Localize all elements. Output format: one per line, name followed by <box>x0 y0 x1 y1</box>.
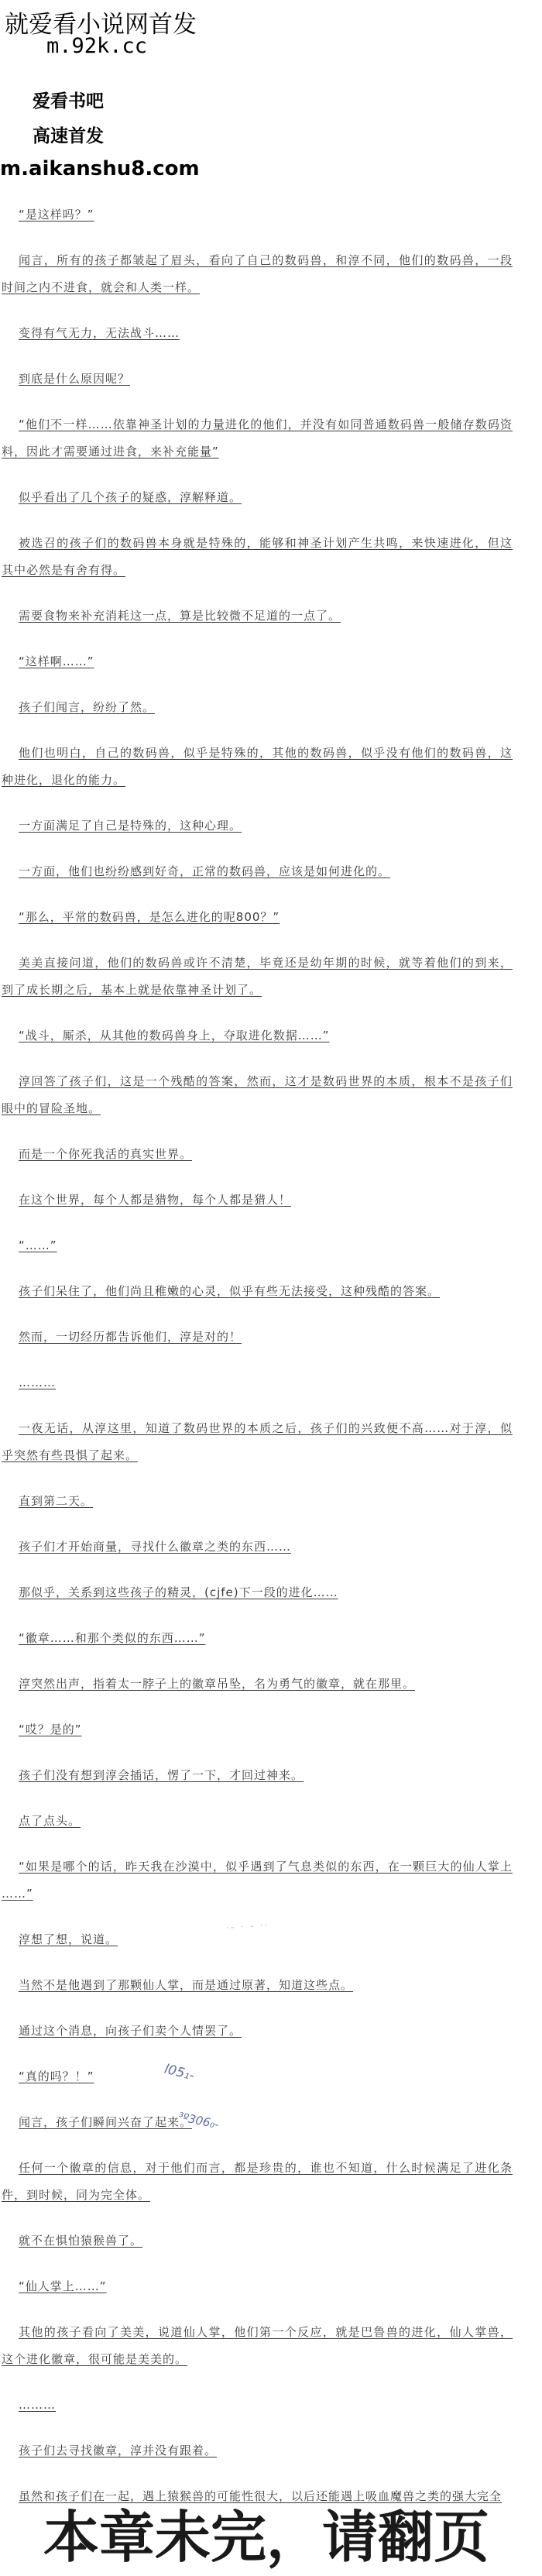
paragraph: 一方面满足了自己是特殊的，这种心理。 <box>2 812 513 840</box>
paragraph: 通过这个消息，向孩子们卖个人情罢了。 <box>2 2018 513 2045</box>
page-turn-notice: 本章未完，请翻页 <box>43 2508 489 2567</box>
paragraph: “徽章……和那个类似的东西……” <box>2 1625 513 1652</box>
paragraph: 孩子们呆住了，他们尚且稚嫩的心灵，似乎有些无法接受，这种残酷的答案。 <box>2 1278 513 1305</box>
paragraph: 孩子们闻言，纷纷了然。 <box>2 694 513 721</box>
paragraph: 淳回答了孩子们，这是一个残酷的答案，然而，这才是数码世界的本质，根本不是孩子们眼… <box>2 1068 513 1122</box>
paragraph: 孩子们才开始商量，寻找什么徽章之类的东西…… <box>2 1534 513 1561</box>
paragraph: “是这样吗？” <box>2 201 513 228</box>
paragraph: ……… <box>2 1369 513 1396</box>
paragraph: 点了点头。 <box>2 1808 513 1835</box>
novel-reader-page: 就爱看小说网首发 m.92k.cc 爱看书吧 高速首发 m.aikanshu8.… <box>0 0 542 2576</box>
paragraph: “那么，平常的数码兽，是怎么进化的呢800？” <box>2 904 513 931</box>
paragraph: “真的吗？！” <box>2 2063 513 2090</box>
paragraph: “……” <box>2 1232 513 1259</box>
paragraph: 孩子们没有想到淳会插话，愣了一下，才回过神来。 <box>2 1762 513 1789</box>
paragraph: 闻言，孩子们瞬间兴奋了起来。 <box>2 2109 513 2136</box>
paragraph: 而是一个你死我活的真实世界。 <box>2 1141 513 1168</box>
paragraph: 被选召的孩子们的数码兽本身就是特殊的，能够和神圣计划产生共鸣，来快速进化，但这其… <box>2 530 513 584</box>
novel-body: “是这样吗？”闻言，所有的孩子都皱起了眉头，看向了自己的数码兽，和淳不同，他们的… <box>2 201 513 2529</box>
paragraph: 淳突然出声，指着太一脖子上的徽章吊坠，名为勇气的徽章，就在那里。 <box>2 1671 513 1698</box>
paragraph: 一夜无话，从淳这里，知道了数码世界的本质之后，孩子们的兴致便不高……对于淳，似乎… <box>2 1415 513 1469</box>
watermark-site-url: m.92k.cc <box>46 34 147 58</box>
paragraph: 在这个世界，每个人都是猎物，每个人都是猎人！ <box>2 1187 513 1214</box>
paragraph: “仙人掌上……” <box>2 2273 513 2300</box>
paragraph: “这样啊……” <box>2 648 513 675</box>
site-url: m.aikanshu8.com <box>0 157 200 180</box>
paragraph: 美美直接问道，他们的数码兽或许不清楚，毕竟还是幼年期的时候，就等着他们的到来，到… <box>2 950 513 1004</box>
paragraph: 然而，一切经历都告诉他们，淳是对的！ <box>2 1324 513 1351</box>
paragraph: 当然不是他遇到了那颗仙人掌，而是通过原著，知道这些点。 <box>2 1972 513 1999</box>
paragraph: “如果是哪个的话，昨天我在沙漠中，似乎遇到了气息类似的东西，在一颗巨大的仙人掌上… <box>2 1853 513 1908</box>
paragraph: 就不在惧怕猿猴兽了。 <box>2 2227 513 2255</box>
paragraph: 直到第二天。 <box>2 1488 513 1515</box>
paragraph: 任何一个徽章的信息，对于他们而言，都是珍贵的，谁也不知道，什么时候满足了进化条件… <box>2 2155 513 2209</box>
paragraph: 其他的孩子看向了美美，说道仙人掌，他们第一个反应，就是巴鲁兽的进化，仙人掌兽，这… <box>2 2319 513 2373</box>
paragraph: 似乎看出了几个孩子的疑惑，淳解释道。 <box>2 484 513 511</box>
paragraph: 需要食物来补充消耗这一点，算是比较微不足道的一点了。 <box>2 603 513 630</box>
paragraph: 淳想了想，说道。 <box>2 1926 513 1953</box>
site-tagline: 高速首发 <box>33 122 104 147</box>
paragraph: 孩子们去寻找徽章，淳并没有跟着。 <box>2 2437 513 2464</box>
paragraph: “战斗，厮杀，从其他的数码兽身上，夺取进化数据……” <box>2 1022 513 1049</box>
paragraph: “哎？是的” <box>2 1716 513 1743</box>
paragraph: “他们不一样……依靠神圣计划的力量进化的他们，并没有如同普通数码兽一般储存数码资… <box>2 411 513 465</box>
paragraph: 一方面，他们也纷纷感到好奇，正常的数码兽，应该是如何进化的。 <box>2 858 513 885</box>
paragraph: 他们也明白，自己的数码兽，似乎是特殊的，其他的数码兽，似乎没有他们的数码兽，这种… <box>2 740 513 794</box>
site-name: 爱看书吧 <box>33 87 104 112</box>
paragraph: 闻言，所有的孩子都皱起了眉头，看向了自己的数码兽，和淳不同，他们的数码兽，一段时… <box>2 247 513 301</box>
paragraph: 那似乎，关系到这些孩子的精灵，(cjfe)下一段的进化…… <box>2 1579 513 1606</box>
paragraph: ……… <box>2 2392 513 2419</box>
paragraph: 到底是什么原因呢？ <box>2 366 513 393</box>
paragraph: 变得有气无力，无法战斗…… <box>2 320 513 347</box>
